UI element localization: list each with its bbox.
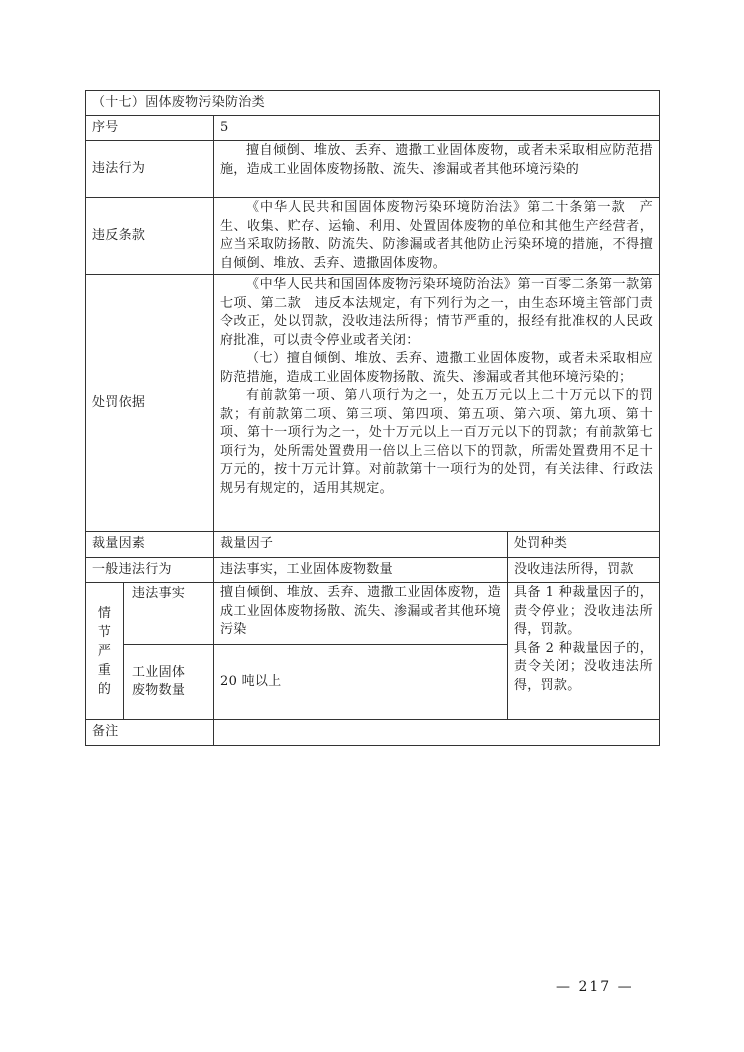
serious-label-char: 情 [98,604,111,623]
serious-quantity-value: 20 吨以上 [213,644,508,720]
general-violation-label: 一般违法行为 [85,557,214,583]
quantity-label-line: 工业固体 [132,664,207,683]
penalty-basis-paragraph: 有前款第一项、第八项行为之一，处五万元以上二十万元以下的罚款；有前款第二项、第三… [220,387,653,498]
remarks-value [213,719,660,746]
violation-value: 擅自倾倒、堆放、丢弃、遗撒工业固体废物，或者未采取相应防范措施，造成工业固体废物… [213,140,660,198]
penalty-basis-paragraph: （七）擅自倾倒、堆放、丢弃、遗撒工业固体废物，或者未采取相应防范措施，造成工业固… [220,350,653,387]
serious-label-char: 的 [98,680,111,699]
section-title: （十七）固体废物污染防治类 [85,90,660,116]
violation-label: 违法行为 [85,140,214,198]
violated-clause-label: 违反条款 [85,197,214,275]
serious-quantity-label: 工业固体 废物数量 [123,644,214,720]
penalty-two-factors: 具备 2 种裁量因子的，责令关闭；没收违法所得，罚款。 [514,640,653,696]
serial-label: 序号 [85,115,214,141]
penalty-type-header: 处罚种类 [507,531,660,558]
serious-facts-label: 违法事实 [123,582,214,645]
page-number: — 217 — [556,979,634,995]
discretion-factor-header: 裁量因素 [85,531,214,558]
general-violation-element: 违法事实，工业固体废物数量 [213,557,508,583]
serial-value: 5 [213,115,660,141]
document-page: （十七）固体废物污染防治类 序号 5 违法行为 擅自倾倒、堆放、丢弃、遗撒工业固… [0,0,744,1052]
quantity-label-line: 废物数量 [132,682,207,701]
penalty-one-factor: 具备 1 种裁量因子的，责令停业；没收违法所得，罚款。 [514,584,653,640]
serious-label: 情 节 严 重 的 [85,582,124,720]
penalty-basis-value: 《中华人民共和国固体废物污染环境防治法》第一百零二条第一款第七项、第二款 违反本… [213,274,660,532]
remarks-label: 备注 [85,719,214,746]
serious-label-char: 节 [98,623,111,642]
serious-label-char: 重 [98,661,111,680]
serious-facts-value: 擅自倾倒、堆放、丢弃、遗撒工业固体废物，造成工业固体废物扬散、流失、渗漏或者其他… [213,582,508,645]
penalty-basis-paragraph: 《中华人民共和国固体废物污染环境防治法》第一百零二条第一款第七项、第二款 违反本… [220,276,653,350]
serious-label-char: 严 [98,642,111,661]
discretion-element-header: 裁量因子 [213,531,508,558]
general-violation-penalty: 没收违法所得，罚款 [507,557,660,583]
penalty-basis-label: 处罚依据 [85,274,214,532]
violated-clause-value: 《中华人民共和国固体废物污染环境防治法》第二十条第一款 产生、收集、贮存、运输、… [213,197,660,275]
serious-penalty: 具备 1 种裁量因子的，责令停业；没收违法所得，罚款。 具备 2 种裁量因子的，… [507,582,660,720]
